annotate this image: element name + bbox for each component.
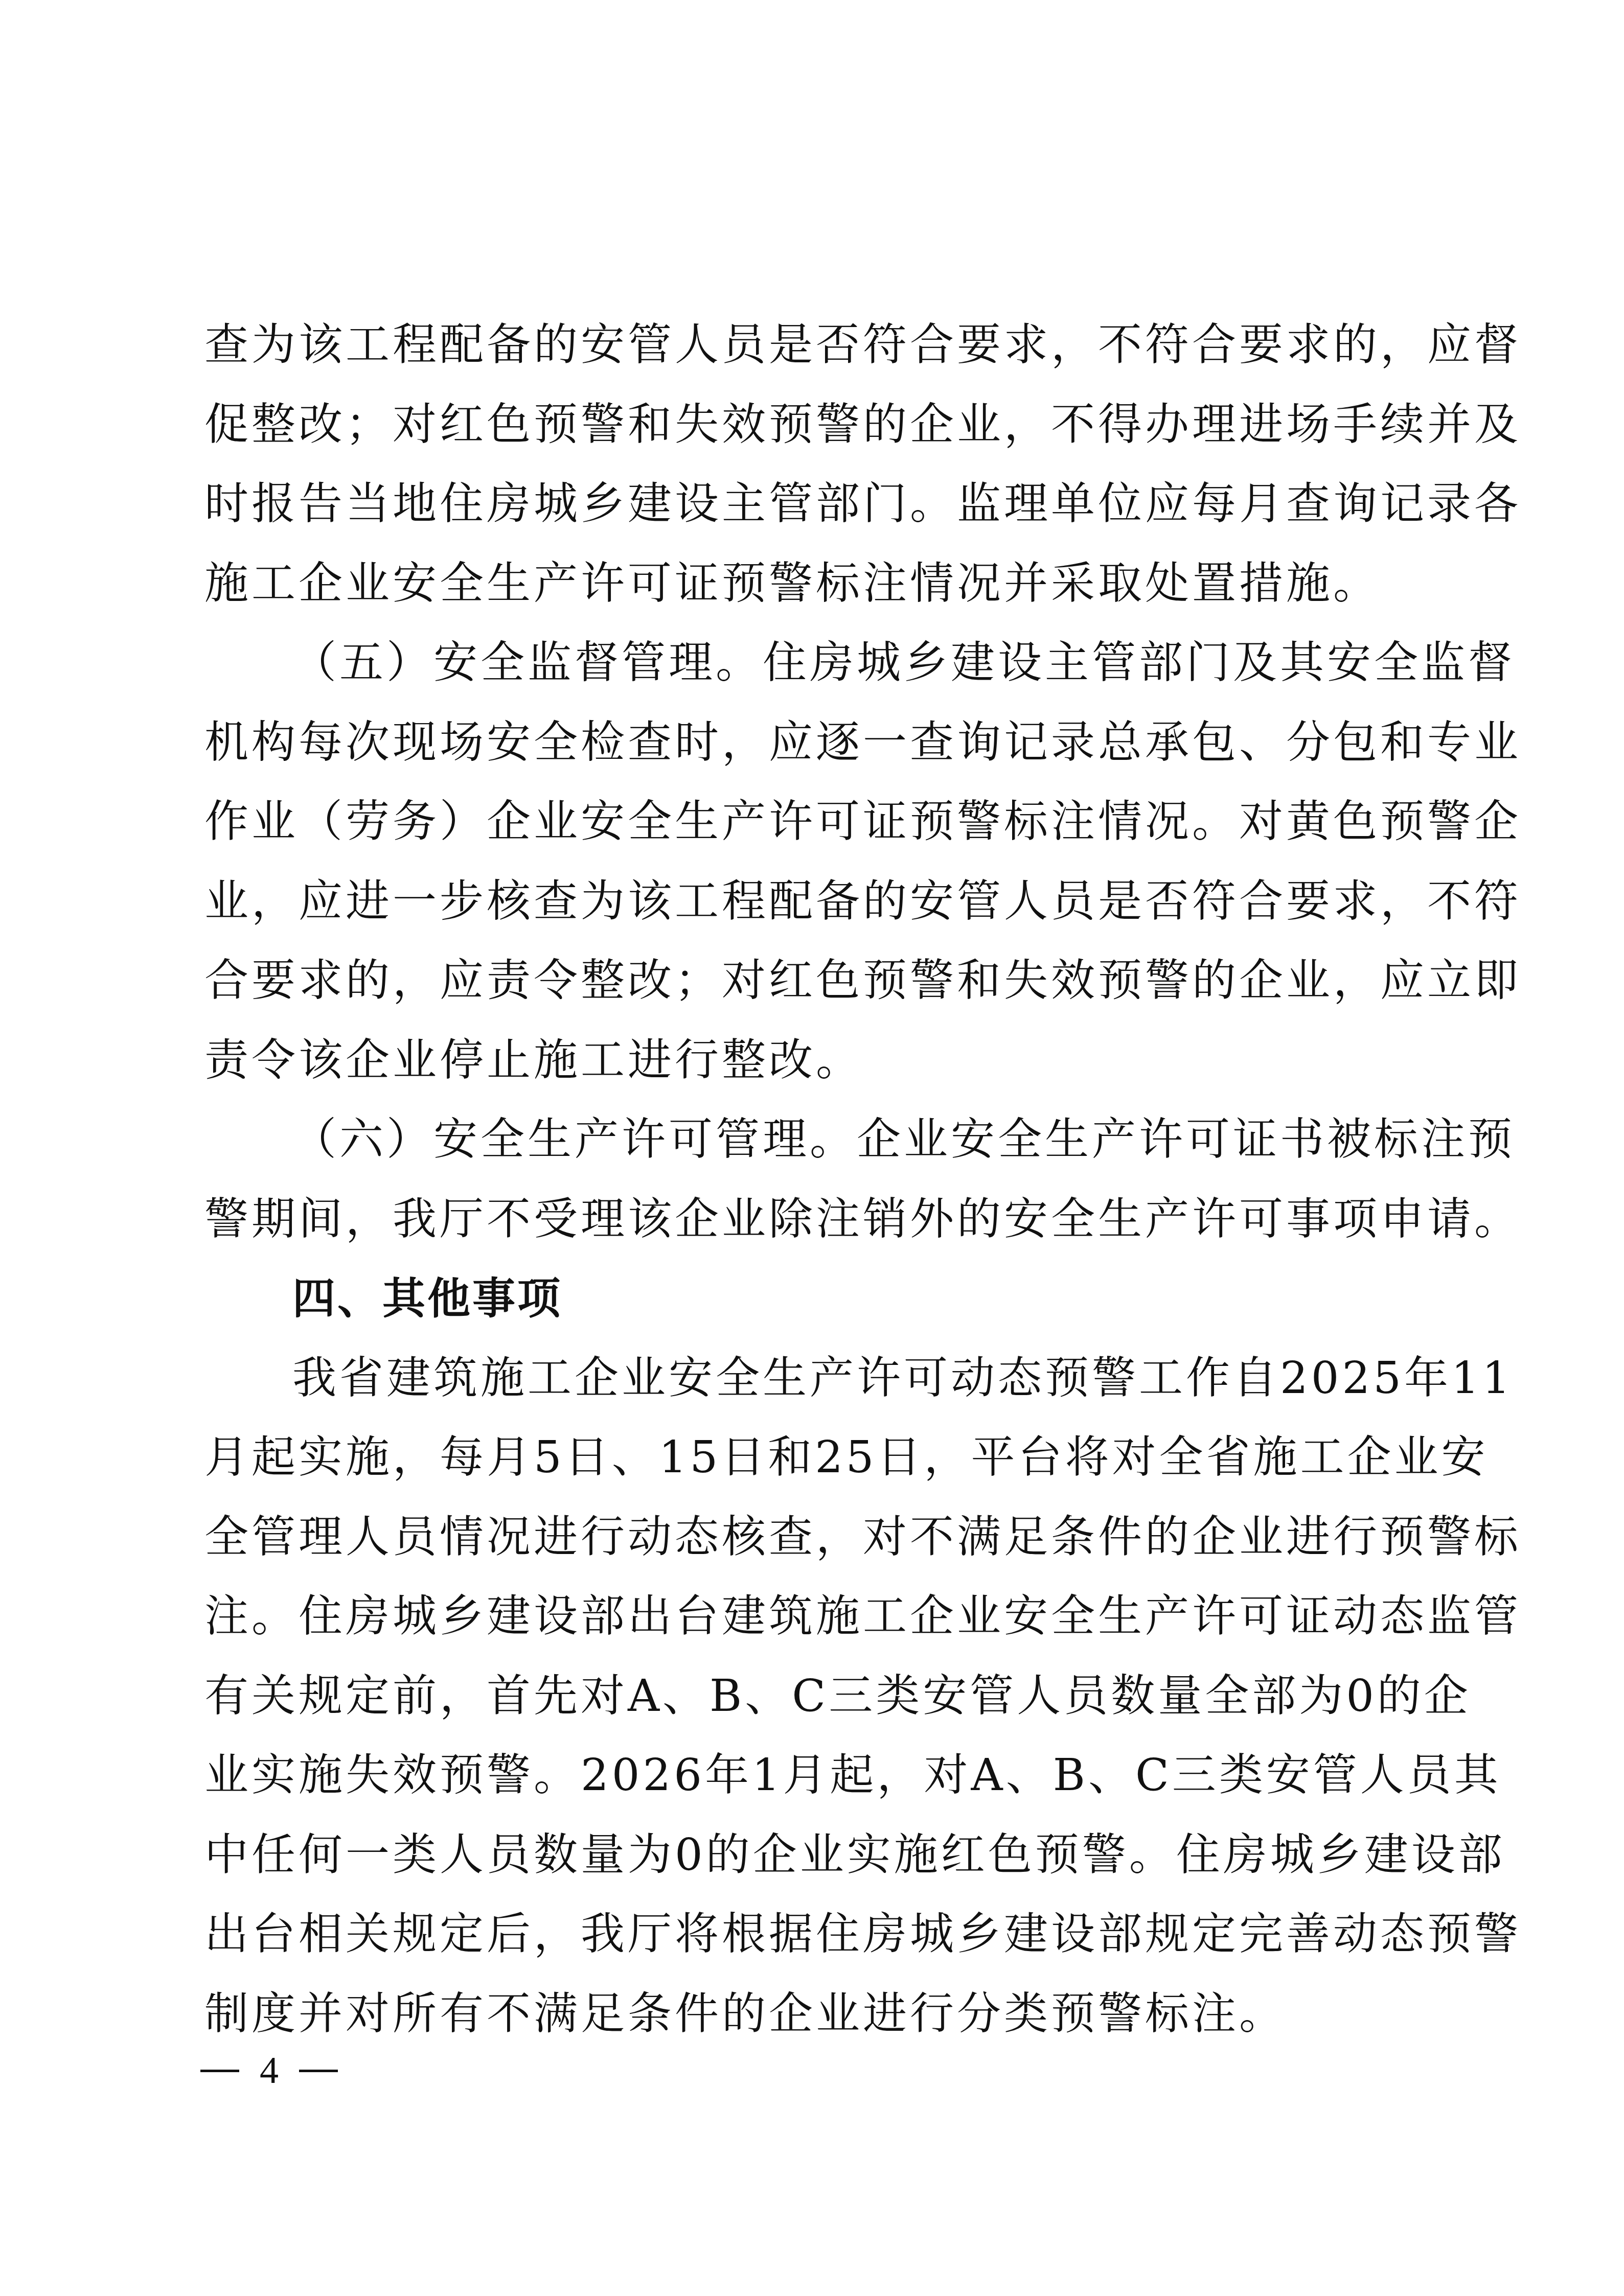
text-line: 制度并对所有不满足条件的企业进行分类预警标注。	[204, 1975, 1431, 2054]
paragraph-license-management: （六）安全生产许可管理。企业安全生产许可证书被标注预 警期间，我厅不受理该企业除…	[204, 1100, 1431, 1259]
text-line: 警期间，我厅不受理该企业除注销外的安全生产许可事项申请。	[204, 1180, 1431, 1260]
footer-dash-left	[200, 2070, 239, 2072]
text-line: 作业（劳务）企业安全生产许可证预警标注情况。对黄色预警企	[204, 782, 1431, 862]
text-line: 时报告当地住房城乡建设主管部门。监理单位应每月查询记录各	[204, 465, 1431, 544]
page-footer: 4	[200, 2049, 338, 2093]
page-number: 4	[260, 2049, 279, 2093]
document-page: 查为该工程配备的安管人员是否符合要求，不符合要求的，应督 促整改；对红色预警和失…	[204, 306, 1431, 2054]
text-line: 我省建筑施工企业安全生产许可动态预警工作自2025年11	[204, 1339, 1431, 1419]
paragraph-safety-supervision: （五）安全监督管理。住房城乡建设主管部门及其安全监督 机构每次现场安全检查时，应…	[204, 623, 1431, 1100]
text-line: 有关规定前，首先对A、B、C三类安管人员数量全部为0的企	[204, 1657, 1431, 1736]
text-line: 促整改；对红色预警和失效预警的企业，不得办理进场手续并及	[204, 385, 1431, 465]
text-line: 业，应进一步核查为该工程配备的安管人员是否符合要求，不符	[204, 862, 1431, 942]
footer-dash-right	[299, 2070, 338, 2072]
paragraph-continued: 查为该工程配备的安管人员是否符合要求，不符合要求的，应督 促整改；对红色预警和失…	[204, 306, 1431, 623]
text-line: 查为该工程配备的安管人员是否符合要求，不符合要求的，应督	[204, 306, 1431, 385]
text-line: 合要求的，应责令整改；对红色预警和失效预警的企业，应立即	[204, 941, 1431, 1021]
text-line: （五）安全监督管理。住房城乡建设主管部门及其安全监督	[204, 623, 1431, 703]
text-line: 责令该企业停止施工进行整改。	[204, 1021, 1431, 1101]
text-line: 中任何一类人员数量为0的企业实施红色预警。住房城乡建设部	[204, 1816, 1431, 1895]
text-line: 注。住房城乡建设部出台建筑施工企业安全生产许可证动态监管	[204, 1577, 1431, 1657]
text-line: （六）安全生产许可管理。企业安全生产许可证书被标注预	[204, 1100, 1431, 1180]
text-line: 施工企业安全生产许可证预警标注情况并采取处置措施。	[204, 544, 1431, 624]
text-line: 机构每次现场安全检查时，应逐一查询记录总承包、分包和专业	[204, 703, 1431, 783]
paragraph-other-matters: 我省建筑施工企业安全生产许可动态预警工作自2025年11 月起实施，每月5日、1…	[204, 1339, 1431, 2054]
text-line: 业实施失效预警。2026年1月起，对A、B、C三类安管人员其	[204, 1736, 1431, 1816]
text-line: 全管理人员情况进行动态核查，对不满足条件的企业进行预警标	[204, 1498, 1431, 1578]
section-heading: 四、其他事项	[204, 1259, 1431, 1339]
text-line: 出台相关规定后，我厅将根据住房城乡建设部规定完善动态预警	[204, 1895, 1431, 1975]
text-line: 月起实施，每月5日、15日和25日，平台将对全省施工企业安	[204, 1418, 1431, 1498]
